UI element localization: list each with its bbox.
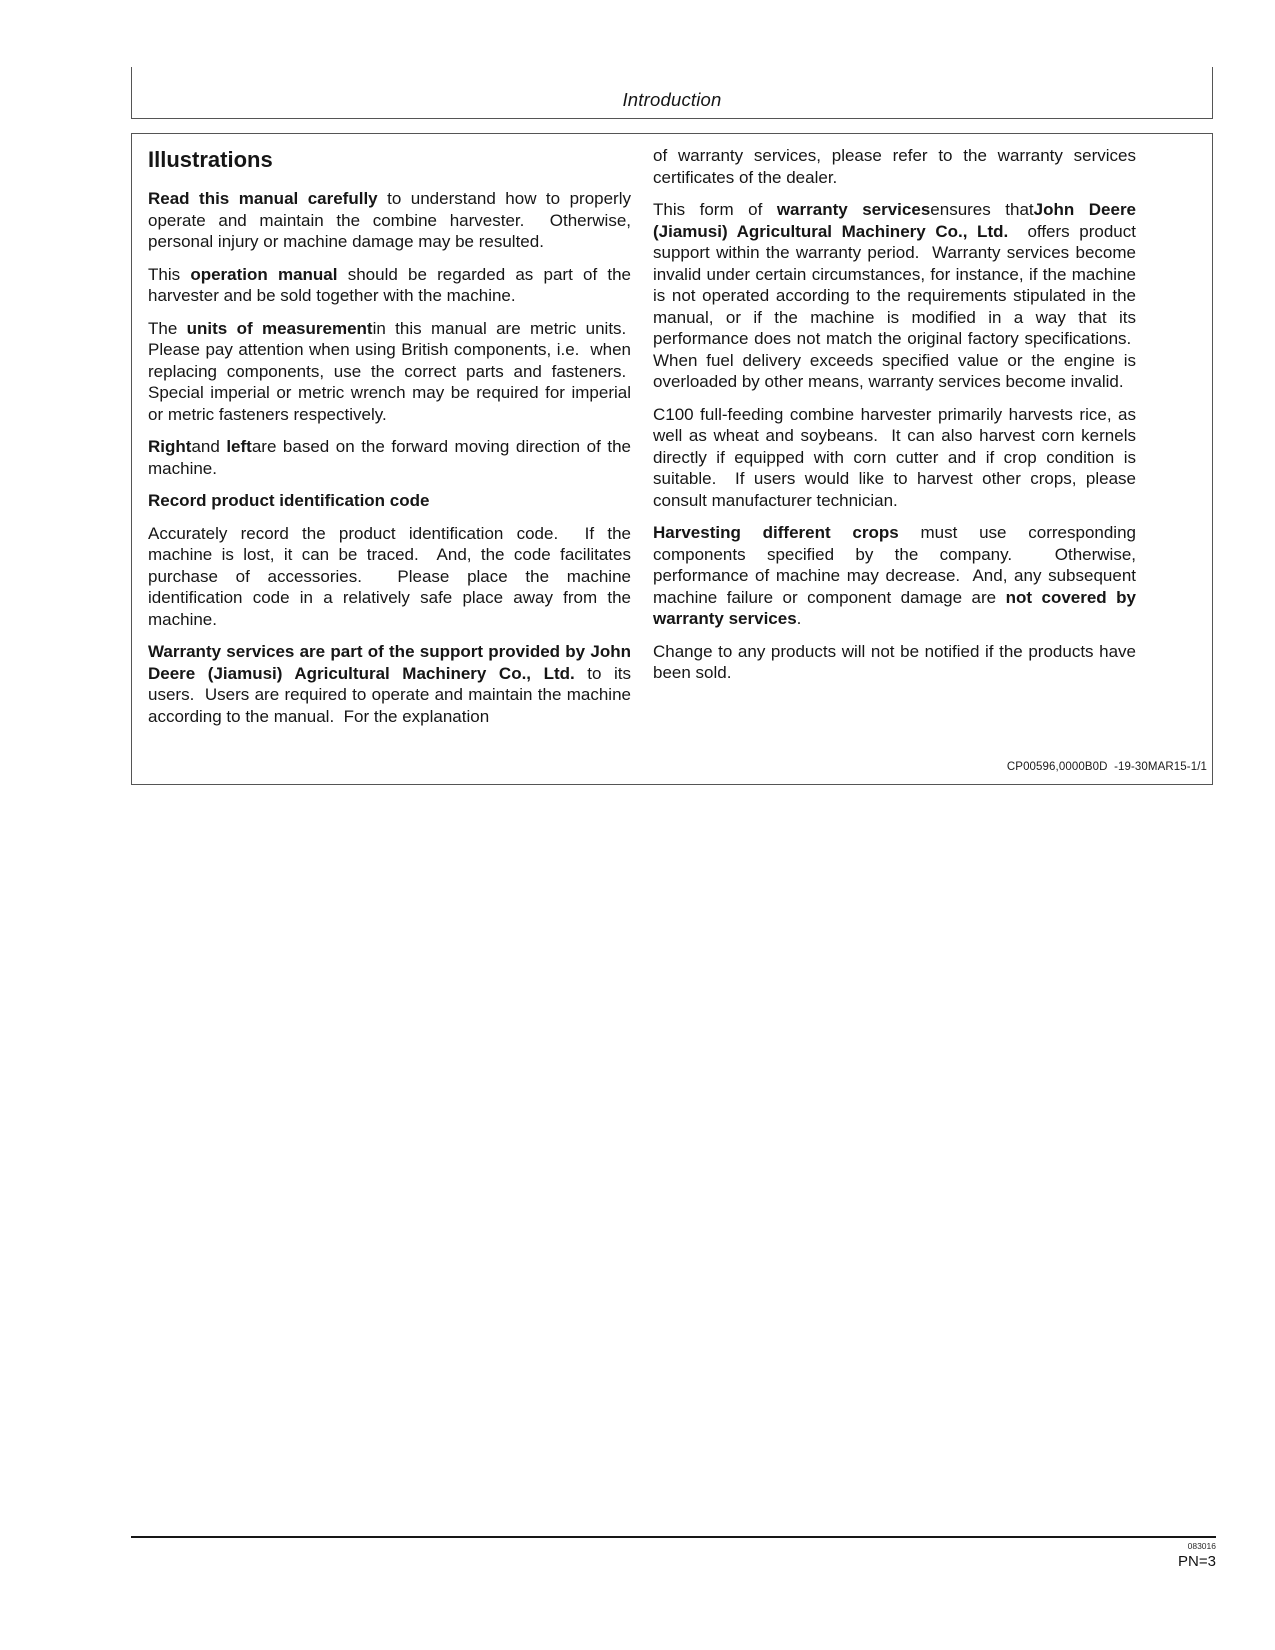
subheading: Record product identification code	[148, 490, 631, 512]
paragraph: Rightand leftare based on the forward mo…	[148, 436, 631, 479]
page-number: PN=3	[1178, 1554, 1216, 1569]
paragraph: Warranty services are part of the suppor…	[148, 641, 631, 727]
page-title: Introduction	[622, 89, 721, 111]
heading: Illustrations	[148, 147, 631, 173]
paragraph: The units of measurementin this manual a…	[148, 318, 631, 426]
paragraph: Read this manual carefully to understand…	[148, 188, 631, 253]
page-footer: 083016 PN=3	[1178, 1542, 1216, 1569]
print-code: 083016	[1178, 1542, 1216, 1551]
revision-code: CP00596,0000B0D -19-30MAR15-1/1	[1007, 761, 1207, 773]
manual-page: Introduction IllustrationsRead this manu…	[0, 0, 1275, 1650]
page-header: Introduction	[131, 67, 1213, 119]
paragraph: Harvesting different crops must use corr…	[653, 522, 1136, 630]
right-column: of warranty services, please refer to th…	[653, 145, 1136, 727]
paragraph: Change to any products will not be notif…	[653, 641, 1136, 684]
paragraph: of warranty services, please refer to th…	[653, 145, 1136, 188]
paragraph: This operation manual should be regarded…	[148, 264, 631, 307]
paragraph: C100 full-feeding combine harvester prim…	[653, 404, 1136, 512]
paragraph: Accurately record the product identifica…	[148, 523, 631, 631]
two-column-layout: IllustrationsRead this manual carefully …	[148, 145, 1136, 727]
footer-rule	[131, 1536, 1216, 1538]
content-box: IllustrationsRead this manual carefully …	[131, 133, 1213, 785]
left-column: IllustrationsRead this manual carefully …	[148, 145, 631, 727]
paragraph: This form of warranty servicesensures th…	[653, 199, 1136, 393]
